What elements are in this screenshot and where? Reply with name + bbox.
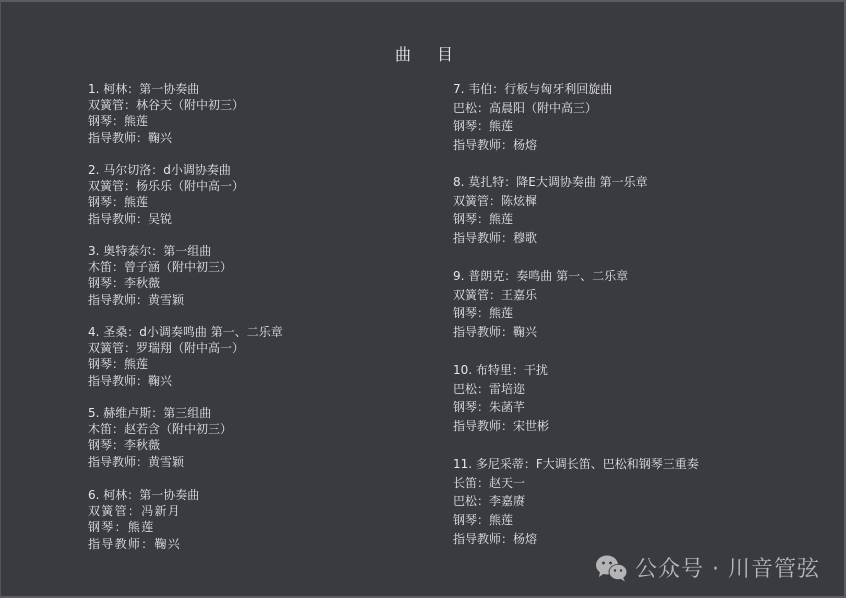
pianist: 钢琴：熊莲 bbox=[453, 210, 648, 229]
instructor: 指导教师：鞠兴 bbox=[453, 323, 628, 342]
performer: 双簧管：冯新月 bbox=[88, 503, 199, 519]
pianist: 钢琴：熊莲 bbox=[88, 519, 199, 535]
program-item: 11. 多尼采蒂：F大调长笛、巴松和钢琴三重奏 长笛：赵天一 巴松：李嘉赓 钢琴… bbox=[453, 455, 699, 548]
program-item: 6. 柯林：第一协奏曲 双簧管：冯新月 钢琴：熊莲 指导教师：鞠兴 bbox=[88, 487, 199, 552]
performer: 双簧管：林谷天（附中初三） bbox=[88, 97, 244, 113]
piece-title: 8. 莫扎特：降E大调协奏曲 第一乐章 bbox=[453, 173, 648, 192]
piece-title: 7. 韦伯：行板与匈牙利回旋曲 bbox=[453, 80, 612, 99]
piece-title: 9. 普朗克：奏鸣曲 第一、二乐章 bbox=[453, 267, 628, 286]
instructor: 指导教师：鞠兴 bbox=[88, 536, 199, 552]
instructor: 指导教师：宋世彬 bbox=[453, 417, 549, 436]
program-item: 10. 布特里：干扰 巴松：雷培迩 钢琴：朱菡芊 指导教师：宋世彬 bbox=[453, 361, 549, 436]
piece-title: 11. 多尼采蒂：F大调长笛、巴松和钢琴三重奏 bbox=[453, 455, 699, 474]
instructor: 指导教师：吴锐 bbox=[88, 211, 244, 227]
performer: 木笛：曾子涵（附中初三） bbox=[88, 259, 232, 275]
watermark-text: 公众号 · 川音管弦 bbox=[635, 552, 820, 583]
program-item: 1. 柯林：第一协奏曲 双簧管：林谷天（附中初三） 钢琴：熊莲 指导教师：鞠兴 bbox=[88, 81, 244, 146]
instructor: 指导教师：鞠兴 bbox=[88, 130, 244, 146]
performer: 双簧管：陈炫樨 bbox=[453, 192, 648, 211]
piece-title: 10. 布特里：干扰 bbox=[453, 361, 549, 380]
instructor: 指导教师：黄雪颖 bbox=[88, 292, 232, 308]
piece-title: 4. 圣桑：d小调奏鸣曲 第一、二乐章 bbox=[88, 324, 283, 340]
instructor: 指导教师：穆歌 bbox=[453, 229, 648, 248]
performer-flute: 长笛：赵天一 bbox=[453, 474, 699, 493]
pianist: 钢琴：李秋薇 bbox=[88, 437, 232, 453]
pianist: 钢琴：熊莲 bbox=[453, 117, 612, 136]
instructor: 指导教师：鞠兴 bbox=[88, 373, 283, 389]
piece-title: 6. 柯林：第一协奏曲 bbox=[88, 487, 199, 503]
instructor: 指导教师：杨熔 bbox=[453, 530, 699, 549]
instructor: 指导教师：杨熔 bbox=[453, 136, 612, 155]
instructor: 指导教师：黄雪颖 bbox=[88, 454, 232, 470]
title-char-1: 曲 bbox=[395, 42, 411, 65]
piece-title: 5. 赫维卢斯：第三组曲 bbox=[88, 405, 232, 421]
pianist: 钢琴：李秋薇 bbox=[88, 275, 232, 291]
performer: 双簧管：王嘉乐 bbox=[453, 286, 628, 305]
pianist: 钢琴：熊莲 bbox=[453, 304, 628, 323]
performer: 双簧管：罗瑞翔（附中高一） bbox=[88, 340, 283, 356]
piece-title: 3. 奥特泰尔：第一组曲 bbox=[88, 243, 232, 259]
title-char-2: 目 bbox=[437, 42, 453, 65]
performer: 双簧管：杨乐乐（附中高一） bbox=[88, 178, 244, 194]
program-item: 8. 莫扎特：降E大调协奏曲 第一乐章 双簧管：陈炫樨 钢琴：熊莲 指导教师：穆… bbox=[453, 173, 648, 248]
piece-title: 2. 马尔切洛：d小调协奏曲 bbox=[88, 162, 244, 178]
program-item: 5. 赫维卢斯：第三组曲 木笛：赵若含（附中初三） 钢琴：李秋薇 指导教师：黄雪… bbox=[88, 405, 232, 470]
program-item: 7. 韦伯：行板与匈牙利回旋曲 巴松：高晨阳（附中高三） 钢琴：熊莲 指导教师：… bbox=[453, 80, 612, 155]
pianist: 钢琴：熊莲 bbox=[88, 194, 244, 210]
program-item: 4. 圣桑：d小调奏鸣曲 第一、二乐章 双簧管：罗瑞翔（附中高一） 钢琴：熊莲 … bbox=[88, 324, 283, 389]
performer: 巴松：雷培迩 bbox=[453, 380, 549, 399]
page-title: 曲目 bbox=[1, 42, 846, 65]
program-item: 2. 马尔切洛：d小调协奏曲 双簧管：杨乐乐（附中高一） 钢琴：熊莲 指导教师：… bbox=[88, 162, 244, 227]
program-item: 3. 奥特泰尔：第一组曲 木笛：曾子涵（附中初三） 钢琴：李秋薇 指导教师：黄雪… bbox=[88, 243, 232, 308]
performer-bassoon: 巴松：李嘉赓 bbox=[453, 492, 699, 511]
performer: 木笛：赵若含（附中初三） bbox=[88, 421, 232, 437]
pianist: 钢琴：朱菡芊 bbox=[453, 398, 549, 417]
piece-title: 1. 柯林：第一协奏曲 bbox=[88, 81, 244, 97]
pianist: 钢琴：熊莲 bbox=[453, 511, 699, 530]
wechat-icon bbox=[595, 554, 629, 582]
program-page: 曲目 1. 柯林：第一协奏曲 双簧管：林谷天（附中初三） 钢琴：熊莲 指导教师：… bbox=[0, 0, 846, 598]
watermark: 公众号 · 川音管弦 bbox=[595, 552, 820, 583]
pianist: 钢琴：熊莲 bbox=[88, 356, 283, 372]
program-item: 9. 普朗克：奏鸣曲 第一、二乐章 双簧管：王嘉乐 钢琴：熊莲 指导教师：鞠兴 bbox=[453, 267, 628, 342]
pianist: 钢琴：熊莲 bbox=[88, 113, 244, 129]
performer: 巴松：高晨阳（附中高三） bbox=[453, 99, 612, 118]
